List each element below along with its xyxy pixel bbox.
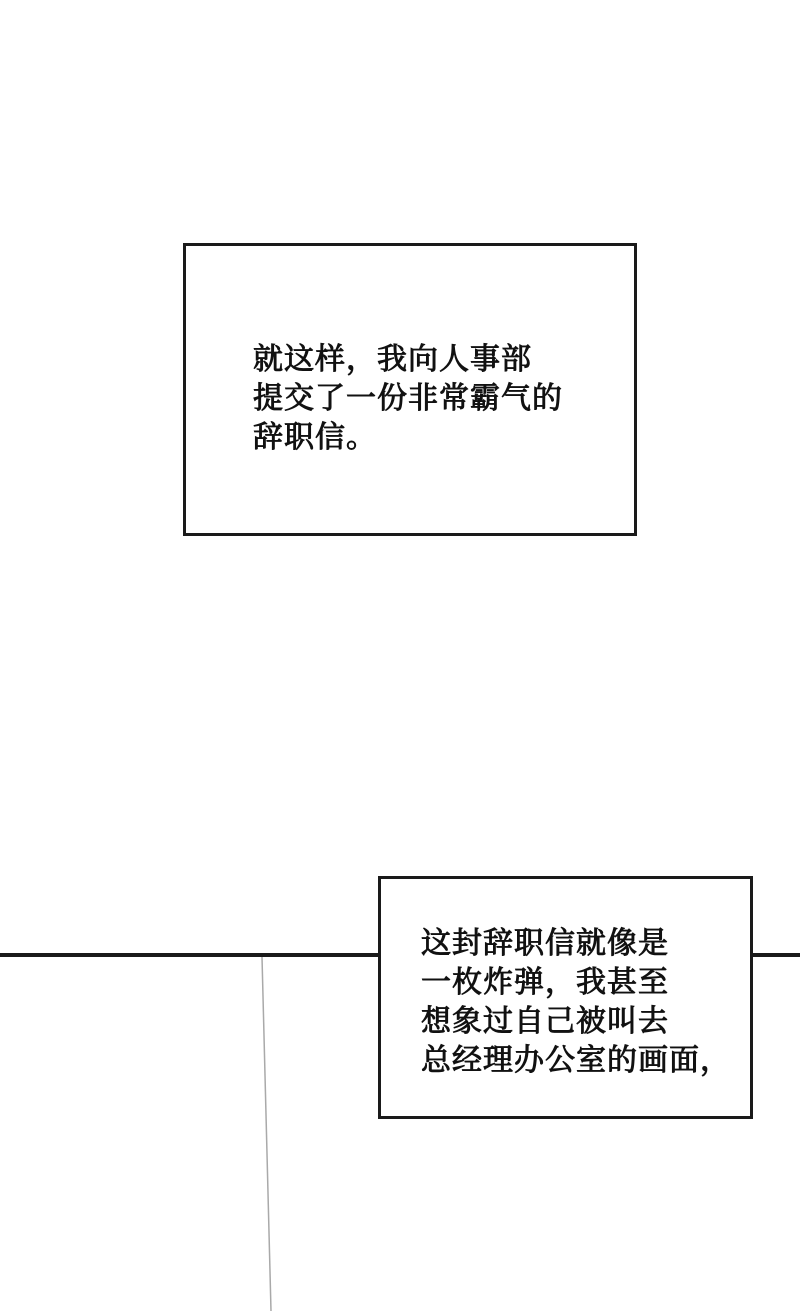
caption-line: 这封辞职信就像是 [421,924,750,963]
caption-line: 就这样，我向人事部 [253,340,634,379]
caption-line: 辞职信。 [253,418,634,457]
caption-line: 一枚炸弹，我甚至 [421,963,750,1002]
caption-line: 提交了一份非常霸气的 [253,379,634,418]
caption-line: 总经理办公室的画面， [421,1041,750,1080]
comic-page: 就这样，我向人事部 提交了一份非常霸气的 辞职信。 这封辞职信就像是 一枚炸弹，… [0,0,800,1311]
thread-line [262,957,271,1311]
caption-box-top: 就这样，我向人事部 提交了一份非常霸气的 辞职信。 [183,243,637,536]
caption-box-bottom: 这封辞职信就像是 一枚炸弹，我甚至 想象过自己被叫去 总经理办公室的画面， [378,876,753,1119]
caption-line: 想象过自己被叫去 [421,1002,750,1041]
